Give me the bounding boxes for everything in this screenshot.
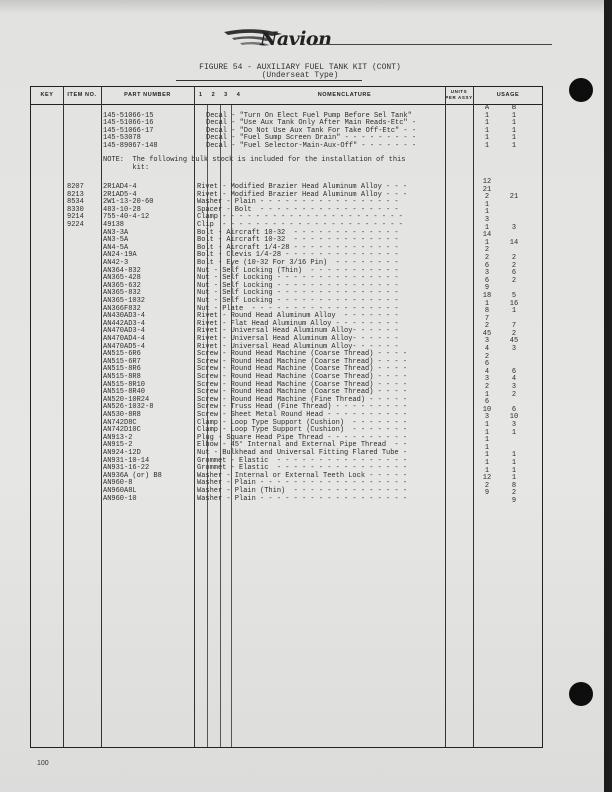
page-edge-shadow xyxy=(604,0,612,792)
column-header-item-no: ITEM NO. xyxy=(63,87,101,104)
column-divider xyxy=(473,87,474,747)
column-header-key: KEY xyxy=(31,87,63,104)
column-divider xyxy=(101,87,102,747)
column-header-units-per-assy: UNITS PER ASSY xyxy=(445,87,473,106)
column-header-indent-levels: 1 2 3 4 xyxy=(199,87,244,104)
title-underline xyxy=(176,80,362,81)
header-rule xyxy=(312,44,552,45)
table-header-row: KEY ITEM NO. PART NUMBER 1 2 3 4 NOMENCL… xyxy=(31,87,542,105)
column-divider xyxy=(194,87,195,747)
page-number: 100 xyxy=(37,760,49,767)
binder-hole-icon xyxy=(569,78,593,102)
part-number: AN960-10 xyxy=(103,496,137,504)
nomenclature: Decal - "Fuel Selector-Main-Aux-Off" - -… xyxy=(206,143,416,151)
part-number: 145-89067-148 xyxy=(103,143,158,151)
nomenclature: Washer - Plain - - - - - - - - - - - - -… xyxy=(197,496,407,504)
bulk-usage-a-column: 12 21 2 1 1 3 1 14 1 2 2 6 3 6 9 18 1 8 … xyxy=(477,179,497,498)
manual-page: Navion FIGURE 54 - AUXILIARY FUEL TANK K… xyxy=(0,0,612,792)
bulk-stock-note: NOTE: The following bulk stock is includ… xyxy=(103,157,405,172)
parts-table: KEY ITEM NO. PART NUMBER 1 2 3 4 NOMENCL… xyxy=(30,86,543,748)
column-divider xyxy=(63,87,64,747)
figure-subtitle: (Underseat Type) xyxy=(30,71,570,80)
column-header-part-number: PART NUMBER xyxy=(101,87,194,104)
item-number: 9224 xyxy=(67,222,84,230)
usage-b: 1 xyxy=(504,143,524,151)
brand-logo-text: Navion xyxy=(260,28,331,50)
bulk-usage-b-column: 21 3 14 2 2 6 2 5 16 1 7 2 45 3 6 4 3 2 … xyxy=(504,187,524,506)
column-header-usage: USAGE xyxy=(473,87,543,104)
column-header-nomenclature: NOMENCLATURE xyxy=(244,87,445,104)
binder-hole-icon xyxy=(569,682,593,706)
column-divider xyxy=(445,87,446,747)
usage-a: 1 xyxy=(477,143,497,151)
